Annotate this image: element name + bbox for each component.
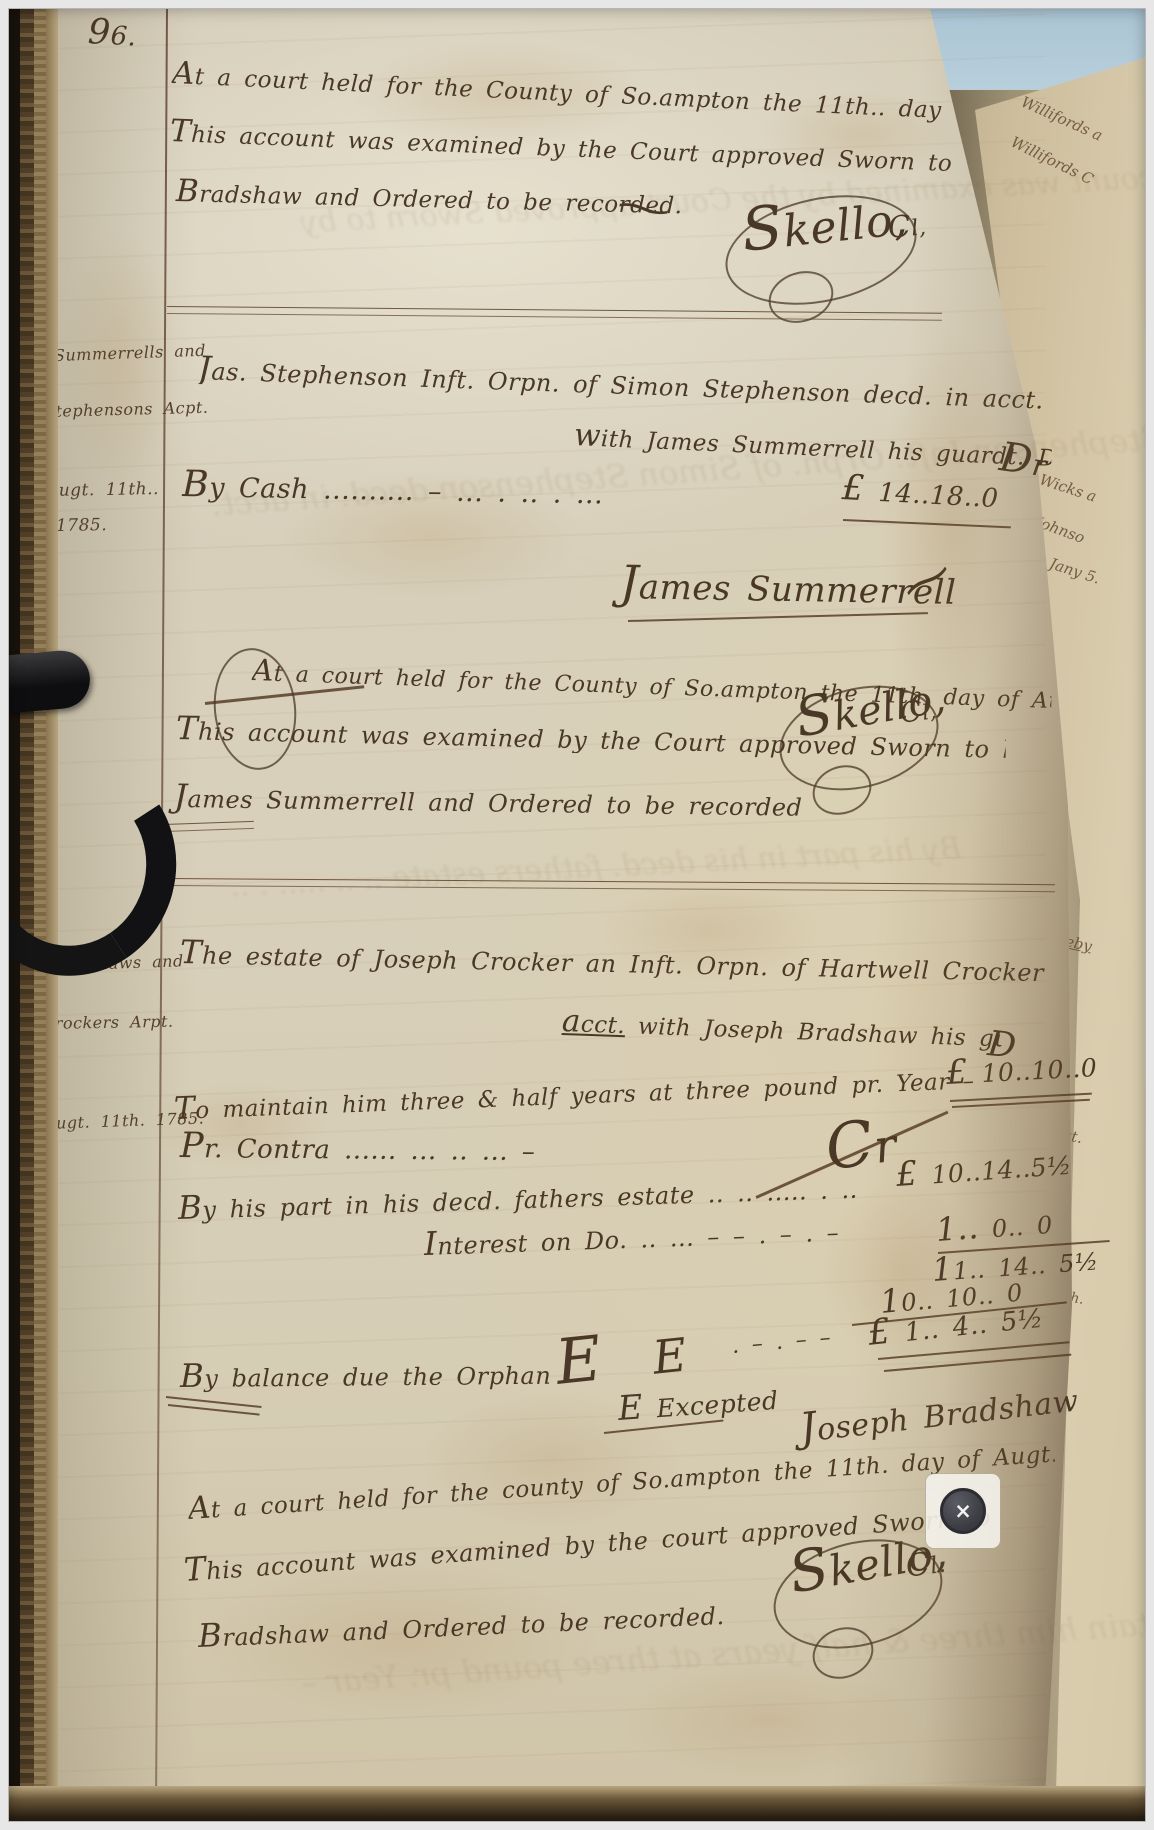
acct-word: acct.	[561, 1011, 625, 1039]
ledger-amount: £ 14..18..0	[841, 470, 999, 513]
margin-date: 1785.	[56, 517, 107, 535]
cr-label: Cr	[822, 1108, 900, 1179]
margin-note: Crockers Arpt.	[42, 1014, 174, 1032]
dr-label: Dr	[997, 436, 1050, 483]
margin-date: Augt. 11th..	[46, 481, 159, 500]
page-number: 96.	[87, 14, 137, 52]
close-icon: ×	[954, 1501, 972, 1522]
manuscript-photo: Jas. Stephenson Inft. Orpn. of Simon Ste…	[0, 0, 1154, 1830]
close-button-backdrop: ×	[926, 1474, 1000, 1548]
book-bottom-edge	[8, 1786, 1146, 1830]
ledger-entry: Pr. Contra ...... ... .. ... –	[180, 1128, 536, 1166]
margin-note: Stephensons Acpt.	[44, 400, 209, 420]
ledger-entry: By balance due the Orphan	[180, 1357, 551, 1393]
paper-stain	[620, 1660, 920, 1780]
clerk-title: Cl.	[904, 1547, 948, 1583]
clerk-title: Cl,	[886, 210, 927, 244]
clerk-title: Cl,	[898, 695, 938, 728]
image-viewer: Jas. Stephenson Inft. Orpn. of Simon Ste…	[0, 0, 1154, 1830]
close-button[interactable]: ×	[940, 1488, 986, 1534]
